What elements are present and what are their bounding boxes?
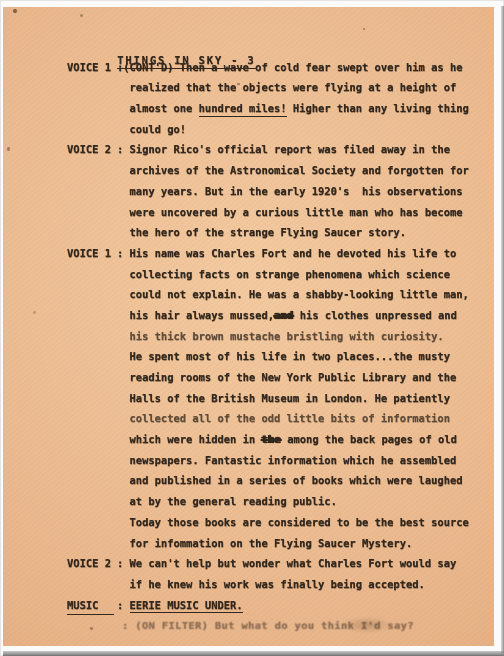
script-cue: VOICE 1 : (CONT'D) Then a wave of cold f… bbox=[3, 58, 494, 141]
cue-lines: His name was Charles Fort and he devoted… bbox=[130, 244, 495, 554]
script-line: collecting facts on strange phenomena wh… bbox=[130, 265, 495, 286]
script-line: his thick brown mustache bristling with … bbox=[130, 327, 495, 348]
speaker-colon: : bbox=[117, 244, 123, 265]
script-cue: MUSIC : EERIE MUSIC UNDER. bbox=[3, 596, 494, 617]
cue-lines: We can't help but wonder what Charles Fo… bbox=[130, 554, 495, 595]
script-line: Halls of the British Museum in London. H… bbox=[130, 389, 495, 410]
script-line: his hair always mussed,and his clothes u… bbox=[130, 306, 495, 327]
script-line: EERIE MUSIC UNDER. bbox=[130, 596, 495, 617]
script-content: THINGS IN SKY - 3 VOICE 1 : (CONT'D) The… bbox=[3, 7, 494, 646]
script-line: (CONT'D) Then a wave of cold fear swept … bbox=[123, 58, 494, 79]
speaker-label: VOICE 1 bbox=[67, 244, 111, 265]
script-line: for infommation on the Flying Saucer Mys… bbox=[130, 534, 495, 555]
script-line: realized that the objects were flying at… bbox=[130, 78, 495, 99]
script-line: Signor Rico's official report was filed … bbox=[130, 140, 495, 161]
speaker-label: VOICE 2 bbox=[67, 140, 111, 161]
script-line: newspapers. Fantastic information which … bbox=[130, 451, 495, 472]
cue-lines: Signor Rico's official report was filed … bbox=[130, 140, 495, 243]
cue-list: VOICE 1 : (CONT'D) Then a wave of cold f… bbox=[3, 58, 494, 617]
underlined-text: hundred miles! bbox=[199, 103, 287, 117]
struck-out-text: the bbox=[261, 434, 280, 446]
script-cue: VOICE 1 : His name was Charles Fort and … bbox=[3, 244, 494, 554]
scanned-script-page: THINGS IN SKY - 3 VOICE 1 : (CONT'D) The… bbox=[0, 0, 504, 656]
script-line: could go! bbox=[130, 120, 495, 141]
script-line: We can't help but wonder what Charles Fo… bbox=[130, 554, 495, 575]
script-cue: VOICE 2 : We can't help but wonder what … bbox=[3, 554, 494, 595]
script-line: archives of the Astronomical Society and… bbox=[130, 161, 495, 182]
script-line: the hero of the strange Flying Saucer st… bbox=[130, 223, 495, 244]
ghost-typeover-line: : (ON FILTER) But what do you think I'd … bbox=[122, 617, 494, 637]
speaker-colon: : bbox=[117, 554, 123, 575]
script-line: Today those books are considered to be t… bbox=[130, 513, 495, 534]
script-line: at by the general reading public. bbox=[130, 492, 495, 513]
typewritten-paper: THINGS IN SKY - 3 VOICE 1 : (CONT'D) The… bbox=[3, 7, 494, 646]
speaker-colon: : bbox=[117, 58, 123, 79]
underlined-text: EERIE MUSIC UNDER. bbox=[130, 600, 243, 614]
script-line: and published in a series of books which… bbox=[130, 471, 495, 492]
speaker-label: VOICE 1 bbox=[67, 58, 111, 79]
script-line: collected all of the odd little bits of … bbox=[130, 409, 495, 430]
photo-drop-shadow-bottom bbox=[3, 651, 504, 656]
script-line: if he knew his work was finally being ac… bbox=[130, 575, 495, 596]
cue-lines: (CONT'D) Then a wave of cold fear swept … bbox=[130, 58, 495, 141]
script-cue: VOICE 2 : Signor Rico's official report … bbox=[3, 140, 494, 243]
speaker-label: MUSIC bbox=[67, 599, 114, 615]
script-line: were uncovered by a curious little man w… bbox=[130, 203, 495, 224]
speaker-colon: : bbox=[117, 596, 123, 617]
script-line: reading rooms of the New York Public Lib… bbox=[130, 368, 495, 389]
page-slug: THINGS IN SKY - 3 bbox=[67, 30, 494, 51]
script-line: almost one hundred miles! Higher than an… bbox=[130, 99, 495, 120]
cue-lines: EERIE MUSIC UNDER. bbox=[130, 596, 495, 617]
script-line: many years. But in the early 1920's his … bbox=[130, 182, 495, 203]
script-line: which were hidden in the among the back … bbox=[130, 430, 495, 451]
script-line: His name was Charles Fort and he devoted… bbox=[130, 244, 495, 265]
script-line: He spent most of his life in two places.… bbox=[130, 347, 495, 368]
script-line: could not explain. He was a shabby-looki… bbox=[130, 285, 495, 306]
speaker-label: VOICE 2 bbox=[67, 554, 111, 575]
struck-out-text: and bbox=[274, 310, 293, 322]
speaker-colon: : bbox=[117, 140, 123, 161]
